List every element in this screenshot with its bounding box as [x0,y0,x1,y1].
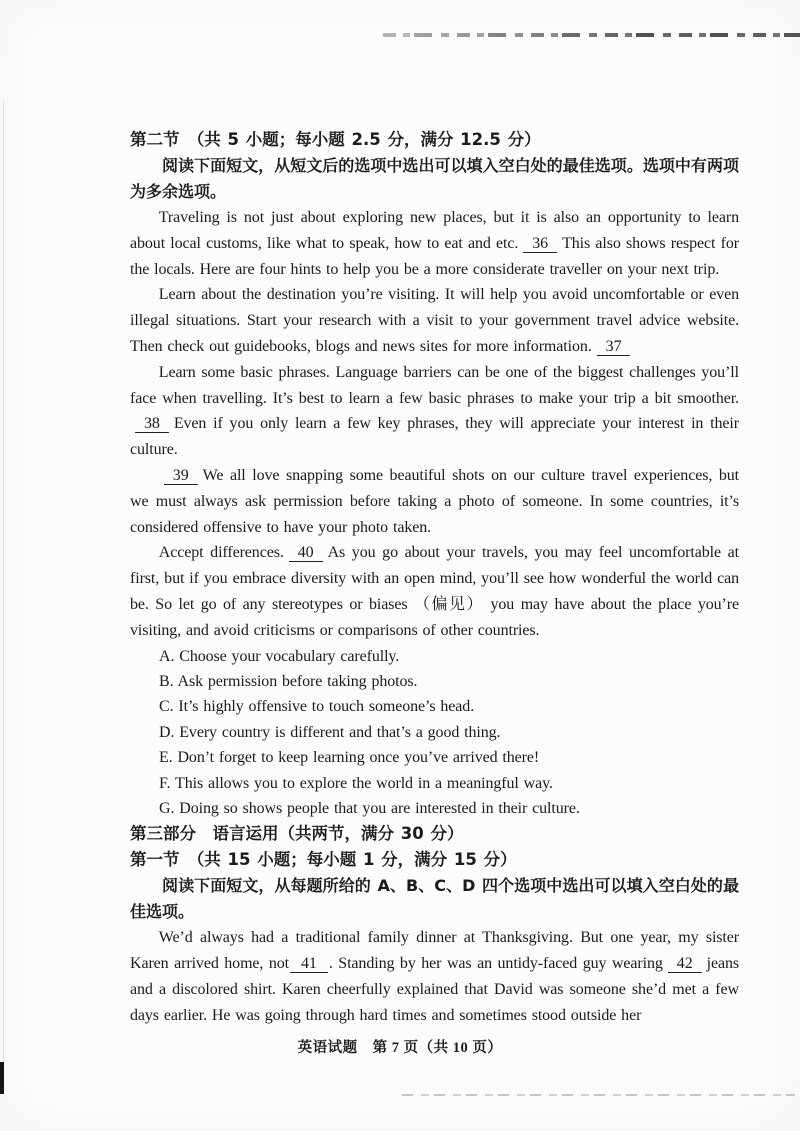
scan-artifact-bottom-dashes [402,1094,795,1096]
blank-36: 36 [523,235,557,253]
passage-paragraph-3: Learn some basic phrases. Language barri… [130,360,739,463]
cloze-paragraph: We’d always had a traditional family din… [130,925,739,1028]
blank-38: 38 [135,415,169,433]
section2-instruction: 阅读下面短文，从短文后的选项中选出可以填入空白处的最佳选项。选项中有两项为多余选… [130,153,739,205]
part3-instruction: 阅读下面短文，从每题所给的 A、B、C、D 四个选项中选出可以填入空白处的最佳选… [130,873,739,925]
option-d: D. Every country is different and that’s… [159,720,739,745]
page-footer: 英语试题 第 7 页（共 10 页） [0,1036,800,1057]
scan-artifact-left-mark [0,1062,4,1094]
scan-artifact-top-fade [383,33,800,37]
option-c: C. It’s highly offensive to touch someon… [159,694,739,719]
page-content: 第二节 （共 5 小题；每小题 2.5 分，满分 12.5 分） 阅读下面短文，… [130,127,739,1029]
part3-heading: 第三部分 语言运用（共两节，满分 30 分） [130,821,739,847]
option-e: E. Don’t forget to keep learning once yo… [159,745,739,770]
option-g: G. Doing so shows people that you are in… [159,796,739,821]
blank-37: 37 [597,338,631,356]
blank-39: 39 [164,467,198,485]
options-list: A. Choose your vocabulary carefully. B. … [159,644,739,822]
passage-paragraph-2: Learn about the destination you’re visit… [130,282,739,359]
scan-artifact-left-edge [3,100,4,1091]
passage-paragraph-5: Accept differences.40As you go about you… [130,540,739,643]
scanned-exam-page: 第二节 （共 5 小题；每小题 2.5 分，满分 12.5 分） 阅读下面短文，… [0,0,800,1131]
option-b: B. Ask permission before taking photos. [159,669,739,694]
option-f: F. This allows you to explore the world … [159,771,739,796]
passage-paragraph-4: 39We all love snapping some beautiful sh… [130,463,739,540]
text-segment: Learn about the destination you’re visit… [130,286,739,355]
passage-paragraph-1: Traveling is not just about exploring ne… [130,205,739,282]
blank-40: 40 [289,544,323,562]
page-footer-text: 英语试题 第 7 页（共 10 页） [298,1040,503,1056]
text-segment: Learn some basic phrases. Language barri… [130,364,739,407]
text-segment: Even if you only learn a few key phrases… [130,415,739,458]
section2-heading: 第二节 （共 5 小题；每小题 2.5 分，满分 12.5 分） [130,127,739,153]
part3-section1-heading: 第一节 （共 15 小题；每小题 1 分，满分 15 分） [130,847,739,873]
text-segment: Accept differences. [159,544,284,561]
text-segment: We all love snapping some beautiful shot… [130,467,739,536]
option-a: A. Choose your vocabulary carefully. [159,644,739,669]
blank-42: 42 [668,955,702,973]
scan-artifact-top-dashes [383,33,800,37]
text-segment: . Standing by her was an untidy-faced gu… [329,955,663,972]
blank-41: 41 [290,955,328,973]
